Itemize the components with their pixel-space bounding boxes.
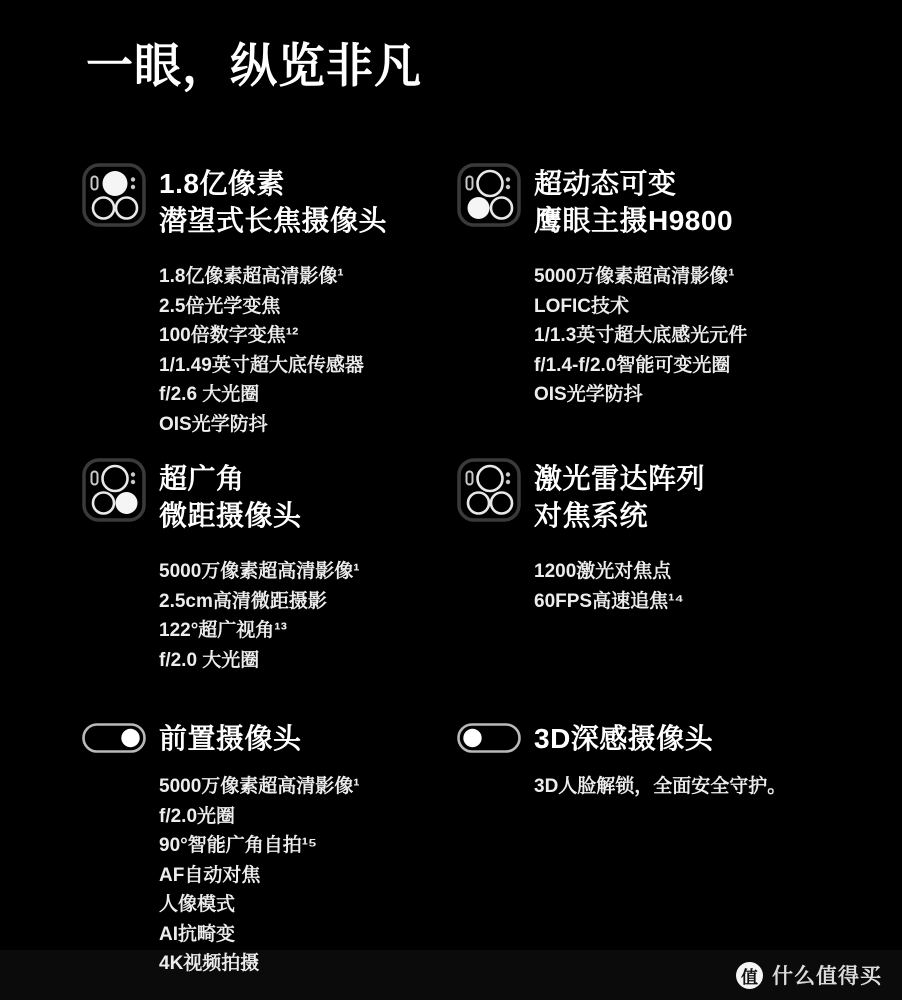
section-title-line: 鹰眼主摄H9800 (534, 202, 733, 239)
spec-list: 1200激光对焦点 60FPS高速追焦¹⁴ (457, 557, 829, 616)
spec-page: 一眼，纵览非凡 1.8亿像素 潜望式长焦摄像头 1.8亿像素超高清 (0, 0, 902, 1000)
spec-line: AF自动对焦 (159, 861, 454, 891)
section-title-line: 超广角 (159, 460, 302, 497)
smzdm-logo-icon: 值 (736, 962, 763, 989)
spec-line: 60FPS高速追焦¹⁴ (534, 587, 829, 617)
section-header: 3D深感摄像头 (457, 718, 829, 757)
section-title-line: 1.8亿像素 (159, 165, 387, 202)
camera-module-bottom-right-lens-icon (82, 458, 146, 522)
section-title-line: 激光雷达阵列 (534, 460, 705, 497)
spec-line: 1/1.49英寸超大底传感器 (159, 351, 454, 381)
section-title-line: 对焦系统 (534, 497, 705, 534)
spec-list: 5000万像素超高清影像¹ LOFIC技术 1/1.3英寸超大底感光元件 f/1… (457, 262, 829, 410)
watermark-bar: 值 什么值得买 (0, 950, 902, 1000)
spec-line: 1200激光对焦点 (534, 557, 829, 587)
spec-line: 1.8亿像素超高清影像¹ (159, 262, 454, 292)
section-header: 1.8亿像素 潜望式长焦摄像头 (82, 163, 454, 239)
spec-line: f/2.6 大光圈 (159, 380, 454, 410)
section-title-line: 微距摄像头 (159, 497, 302, 534)
spec-list: 5000万像素超高清影像¹ 2.5cm高清微距摄影 122°超广视角¹³ f/2… (82, 557, 454, 675)
spec-line: LOFIC技术 (534, 292, 829, 322)
section-header: 激光雷达阵列 对焦系统 (457, 458, 829, 534)
spec-line: 90°智能广角自拍¹⁵ (159, 831, 454, 861)
spec-line: 5000万像素超高清影像¹ (159, 557, 454, 587)
camera-module-bottom-left-lens-icon (457, 163, 521, 227)
spec-line: 1/1.3英寸超大底感光元件 (534, 321, 829, 351)
section-title: 激光雷达阵列 对焦系统 (534, 460, 705, 534)
spec-line: 5000万像素超高清影像¹ (534, 262, 829, 292)
spec-line: OIS光学防抖 (534, 380, 829, 410)
spec-line: 人像模式 (159, 890, 454, 920)
page-title: 一眼，纵览非凡 (86, 36, 422, 96)
camera-module-top-lens-icon (82, 163, 146, 227)
spec-line: f/2.0 大光圈 (159, 646, 454, 676)
section-header: 超广角 微距摄像头 (82, 458, 454, 534)
section-title-line: 潜望式长焦摄像头 (159, 202, 387, 239)
section-title: 超动态可变 鹰眼主摄H9800 (534, 165, 733, 239)
spec-line: 5000万像素超高清影像¹ (159, 772, 454, 802)
section-front-camera: 前置摄像头 5000万像素超高清影像¹ f/2.0光圈 90°智能广角自拍¹⁵ … (82, 718, 454, 979)
section-title-line: 3D深感摄像头 (534, 720, 713, 757)
section-lidar-focus: 激光雷达阵列 对焦系统 1200激光对焦点 60FPS高速追焦¹⁴ (457, 458, 829, 616)
section-title: 1.8亿像素 潜望式长焦摄像头 (159, 165, 387, 239)
section-title-line: 前置摄像头 (159, 720, 302, 757)
section-title: 前置摄像头 (159, 720, 302, 757)
section-3d-depth-camera: 3D深感摄像头 3D人脸解锁，全面安全守护。 (457, 718, 829, 802)
front-camera-pill-icon (82, 723, 146, 753)
section-title: 超广角 微距摄像头 (159, 460, 302, 534)
spec-list: 3D人脸解锁，全面安全守护。 (457, 772, 829, 802)
spec-list: 5000万像素超高清影像¹ f/2.0光圈 90°智能广角自拍¹⁵ AF自动对焦… (82, 772, 454, 979)
spec-line: 2.5倍光学变焦 (159, 292, 454, 322)
section-header: 前置摄像头 (82, 718, 454, 757)
camera-module-outline-icon (457, 458, 521, 522)
section-header: 超动态可变 鹰眼主摄H9800 (457, 163, 829, 239)
section-main-camera: 超动态可变 鹰眼主摄H9800 5000万像素超高清影像¹ LOFIC技术 1/… (457, 163, 829, 410)
spec-line: f/1.4-f/2.0智能可变光圈 (534, 351, 829, 381)
spec-line: AI抗畸变 (159, 920, 454, 950)
section-title: 3D深感摄像头 (534, 720, 713, 757)
spec-line: 2.5cm高清微距摄影 (159, 587, 454, 617)
spec-line: 3D人脸解锁，全面安全守护。 (534, 772, 829, 802)
watermark-site-name: 什么值得买 (772, 960, 882, 990)
section-periscope-telephoto: 1.8亿像素 潜望式长焦摄像头 1.8亿像素超高清影像¹ 2.5倍光学变焦 10… (82, 163, 454, 439)
spec-line: OIS光学防抖 (159, 410, 454, 440)
spec-list: 1.8亿像素超高清影像¹ 2.5倍光学变焦 100倍数字变焦¹² 1/1.49英… (82, 262, 454, 439)
depth-camera-pill-icon (457, 723, 521, 753)
section-title-line: 超动态可变 (534, 165, 733, 202)
spec-line: 100倍数字变焦¹² (159, 321, 454, 351)
section-ultrawide-macro: 超广角 微距摄像头 5000万像素超高清影像¹ 2.5cm高清微距摄影 122°… (82, 458, 454, 675)
spec-line: 122°超广视角¹³ (159, 616, 454, 646)
spec-line: f/2.0光圈 (159, 802, 454, 832)
